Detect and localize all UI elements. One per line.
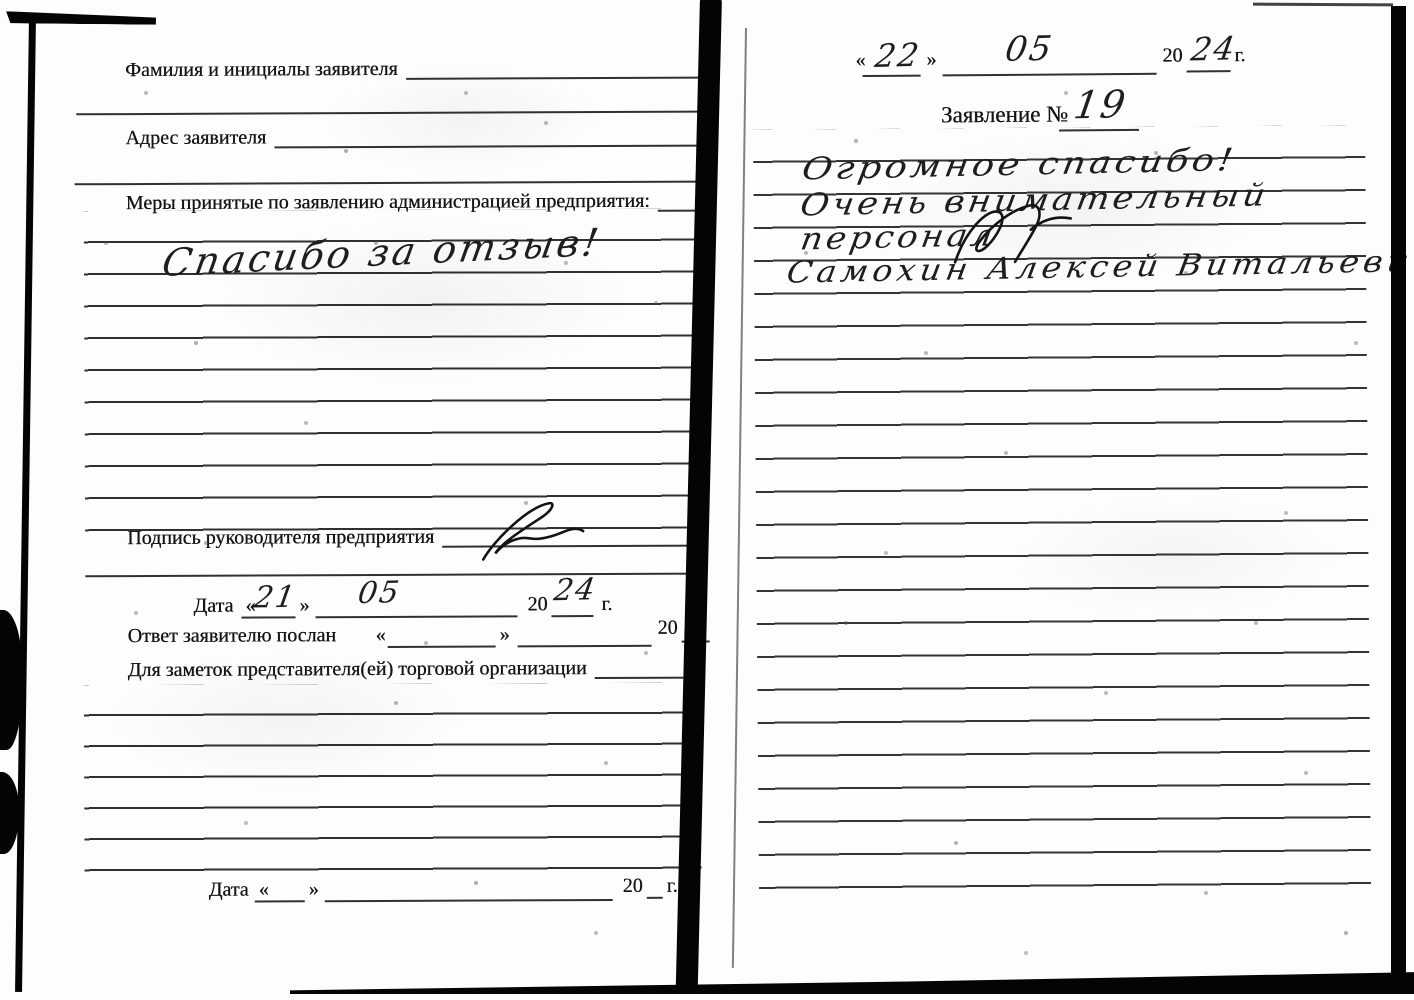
month-line [316,615,518,618]
quote-open: « [376,624,386,647]
blank-line [274,141,698,149]
day-line [255,900,305,902]
day-line [863,75,921,77]
year-suffix: г. [601,593,612,616]
applicant-name-label: Фамилия и инициалы заявителя [125,58,398,82]
year-suffix: г. [1234,44,1245,67]
year-prefix: 20 [1162,45,1182,68]
blank-line [76,111,698,116]
reply-sent-label: Ответ заявителю послан [128,624,337,648]
year-suffix: г. [667,875,678,898]
right-page: « 22 » 05 20 24 г. Заявление № 19 Огромн… [740,0,1403,1000]
manager-signature-label: Подпись руководителя предприятия [127,526,434,550]
handwritten-month: 05 [355,575,403,611]
handwritten-month: 05 [1003,29,1056,70]
field-notes: Для заметок представителя(ей) торговой о… [128,657,701,682]
year-line [1187,70,1231,72]
year-prefix: 20 [658,617,678,640]
year-prefix: 20 [527,593,547,616]
quote-close: » [299,594,309,617]
blank-line [406,73,698,80]
handwritten-day: 22 [873,36,924,75]
scan-edge-right-bar [1391,6,1406,978]
scan-noise-right [0,0,2,2]
field-applicant-name: Фамилия и инициалы заявителя [125,57,698,82]
field-applicant-address: Адрес заявителя [125,125,698,150]
field-manager-signature: Подпись руководителя предприятия [127,525,700,550]
month-line [943,73,1157,77]
month-line [325,899,613,902]
quote-close: » [309,878,319,901]
month-line [518,645,652,648]
scan-edge-left-line [15,16,36,992]
quote-close: » [500,623,510,646]
ruled-lines-notes [84,683,702,876]
scanned-complaint-book-spread: Фамилия и инициалы заявителя Адрес заяви… [0,0,1414,1000]
left-page: Фамилия и инициалы заявителя Адрес заяви… [43,0,707,1000]
applicant-address-label: Адрес заявителя [125,126,266,150]
day-line [388,645,496,647]
quote-close: » [926,48,936,71]
date-label-bottom: Дата [209,879,249,902]
statement-label: Заявление № [941,101,1068,128]
notes-label: Для заметок представителя(ей) торговой о… [128,657,587,682]
handwritten-year: 24 [551,572,599,608]
quote-open: « [259,878,269,901]
handwritten-year: 24 [1189,29,1240,68]
blank-line [75,181,699,186]
year-line [647,897,663,899]
day-line [242,616,296,618]
manager-signature-scribble [473,497,593,568]
year-prefix: 20 [623,875,643,898]
handwritten-statement-number: 19 [1071,82,1130,127]
year-line [552,615,594,617]
scan-blob-left-lower [0,772,19,854]
quote-open: « [855,49,865,72]
date-label: Дата [193,595,233,618]
handwritten-day: 21 [252,580,300,616]
